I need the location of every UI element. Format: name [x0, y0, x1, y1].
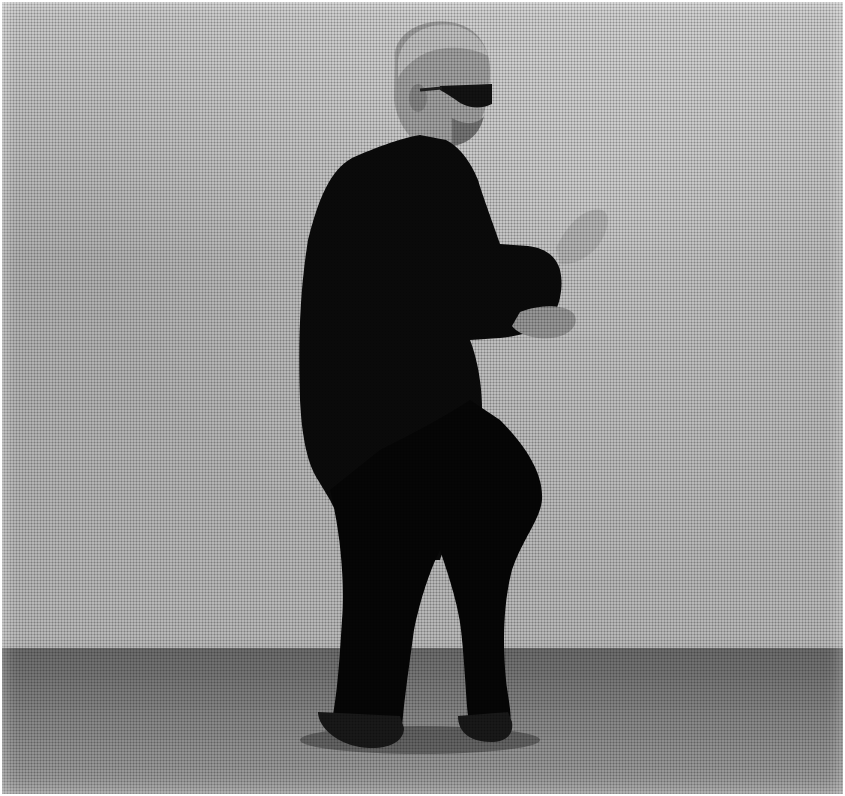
- head: [394, 21, 492, 147]
- person-figure: [0, 0, 845, 796]
- tai-chi-photo: [0, 0, 845, 796]
